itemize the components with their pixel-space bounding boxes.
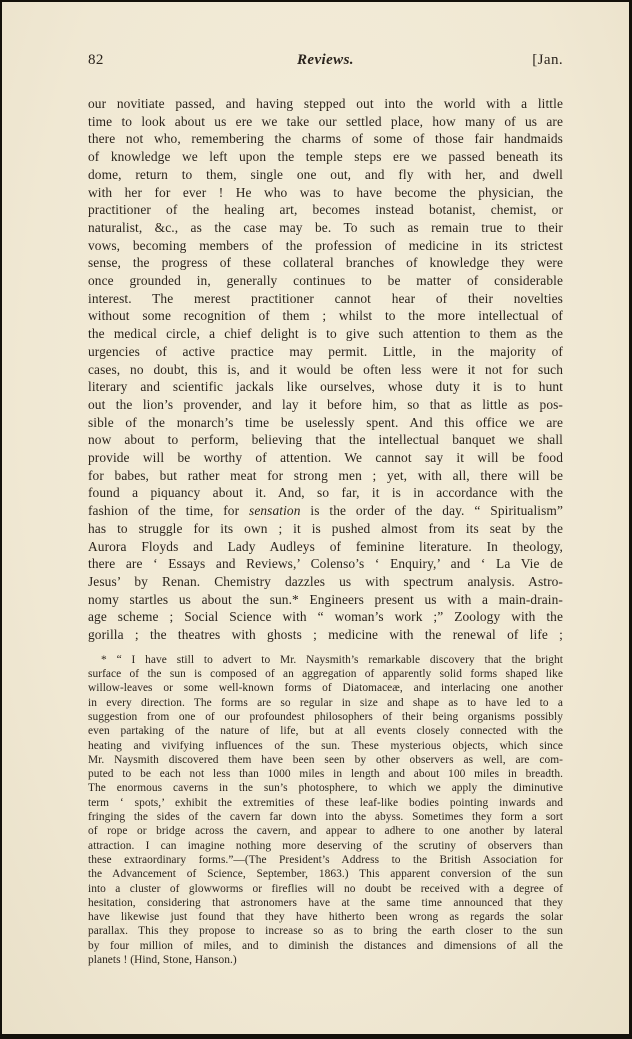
text-line: puted to be each not less than 1000 mile… <box>88 767 563 781</box>
text-line: term ‘ spots,’ exhibit the extremities o… <box>88 796 563 810</box>
text-line: practitioner of the healing art, becomes… <box>88 201 563 219</box>
page-surface: 82 Reviews. [Jan. our novitiate passed, … <box>2 2 629 1034</box>
text-line: naturalist, &c., as the case may be. To … <box>88 219 563 237</box>
text-line: attraction. I can imagine nothing more d… <box>88 839 563 853</box>
text-line: cases, no doubt, this is, and it would b… <box>88 361 563 379</box>
text-line: the medical circle, a chief delight is t… <box>88 325 563 343</box>
running-title: Reviews. <box>178 52 473 69</box>
text-line: surface of the sun is composed of an agg… <box>88 667 563 681</box>
text-line: heating and vivifying influences of the … <box>88 739 563 753</box>
text-line: Jesus’ by Renan. Chemistry dazzles us wi… <box>88 573 563 591</box>
text-line: of knowledge we left upon the temple ste… <box>88 148 563 166</box>
text-line: dome, return to them, single one out, an… <box>88 166 563 184</box>
text-line: sense, the progress of these collateral … <box>88 254 563 272</box>
text-line: age scheme ; Social Science with “ woman… <box>88 608 563 626</box>
text-line: there are ‘ Essays and Reviews,’ Colenso… <box>88 555 563 573</box>
text-line: Aurora Floyds and Lady Audleys of femini… <box>88 538 563 556</box>
text-line: with her for ever ! He who was to have b… <box>88 184 563 202</box>
scanned-book-page: { "page": { "paper_color": "#f0e8d3", "i… <box>0 0 632 1039</box>
text-line: * “ I have still to advert to Mr. Naysmi… <box>88 653 563 667</box>
text-line: The enormous caverns in the sun’s photos… <box>88 781 563 795</box>
text-line: interest. The merest practitioner cannot… <box>88 290 563 308</box>
text-line: these extraordinary forms.”—(The Preside… <box>88 853 563 867</box>
text-line: fashion of the time, for sensation is th… <box>88 502 563 520</box>
running-header: 82 Reviews. [Jan. <box>88 52 563 69</box>
text-line: suggestion from one of our profoundest p… <box>88 710 563 724</box>
text-line: urgencies of active practice may permit.… <box>88 343 563 361</box>
text-line: time to look about us ere we take our se… <box>88 113 563 131</box>
text-line: nomy startles us about the sun.* Enginee… <box>88 591 563 609</box>
text-line: have likewise just found that they have … <box>88 910 563 924</box>
text-line: sible of the monarch’s time be uselessly… <box>88 414 563 432</box>
text-line: vows, becoming members of the profession… <box>88 237 563 255</box>
text-line: planets ! (Hind, Stone, Hanson.) <box>88 953 563 967</box>
text-line: found a piquancy about it. And, so far, … <box>88 484 563 502</box>
text-line: once grounded in, generally continues to… <box>88 272 563 290</box>
text-line: willow-leaves or some well-known forms o… <box>88 681 563 695</box>
text-line: in every direction. The forms are so reg… <box>88 696 563 710</box>
text-line: for babes, but rather meat for strong me… <box>88 467 563 485</box>
text-line: our novitiate passed, and having stepped… <box>88 95 563 113</box>
text-line: by four million of miles, and to diminis… <box>88 939 563 953</box>
text-line: without some recognition of them ; whils… <box>88 307 563 325</box>
text-line: hesitation, considering that astronomers… <box>88 896 563 910</box>
page-number: 82 <box>88 52 178 69</box>
text-line: out the lion’s provender, and lay it bef… <box>88 396 563 414</box>
text-line: of rope or bridge across the cavern, and… <box>88 824 563 838</box>
text-line: literary and scientific jackals like our… <box>88 378 563 396</box>
text-line: fringing the sides of the cavern far dow… <box>88 810 563 824</box>
body-text: our novitiate passed, and having stepped… <box>88 95 563 644</box>
text-line: parallax. This they propose to increase … <box>88 924 563 938</box>
text-line: Mr. Naysmith discovered them have been s… <box>88 753 563 767</box>
text-line: the Advancement of Science, September, 1… <box>88 867 563 881</box>
text-line: gorilla ; the theatres with ghosts ; med… <box>88 626 563 644</box>
text-line: there not who, remembering the charms of… <box>88 130 563 148</box>
footnote: * “ I have still to advert to Mr. Naysmi… <box>88 653 563 968</box>
text-line: even partaking of the nature of life, bu… <box>88 724 563 738</box>
text-line: now about to perform, believing that the… <box>88 431 563 449</box>
text-line: into a cluster of glowworms or fireflies… <box>88 882 563 896</box>
issue-label: [Jan. <box>473 52 563 69</box>
text-line: provide will be worthy of attention. We … <box>88 449 563 467</box>
page-content: 82 Reviews. [Jan. our novitiate passed, … <box>88 52 563 967</box>
text-line: has to struggle for its own ; it is push… <box>88 520 563 538</box>
